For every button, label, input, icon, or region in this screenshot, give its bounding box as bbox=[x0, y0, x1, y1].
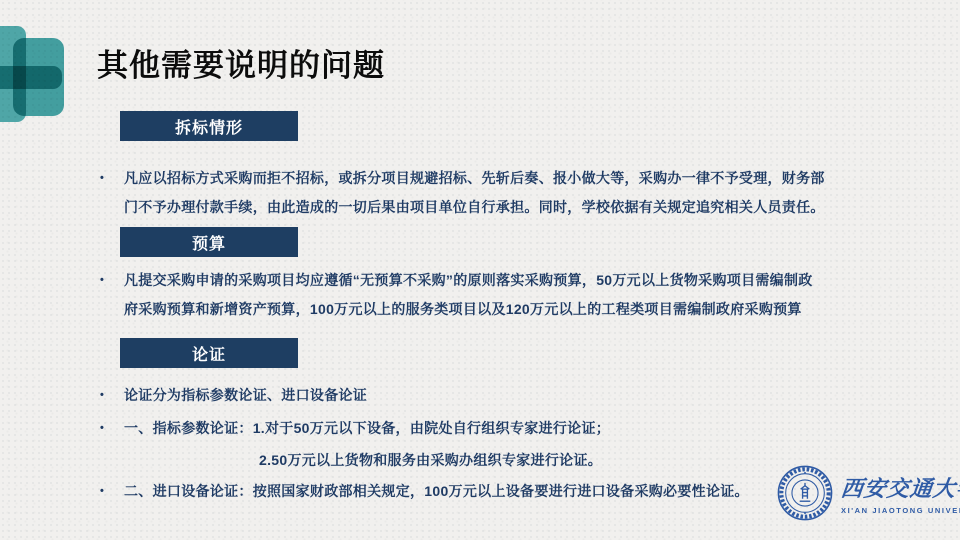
bullet-line: 府采购预算和新增资产预算，100万元以上的服务类项目以及120万元以上的工程类项… bbox=[124, 295, 813, 324]
bullet-dot-icon: • bbox=[100, 477, 104, 506]
university-logo-text: 西安交通大学 XI'AN JIAOTONG UNIVERSITY bbox=[841, 472, 960, 515]
section-header-verification: 论证 bbox=[120, 338, 298, 368]
bullet-dot-icon: • bbox=[100, 164, 104, 193]
university-seal-icon bbox=[776, 464, 834, 522]
section-header-split-bid: 拆标情形 bbox=[120, 111, 298, 141]
bullet-import-verification: • 二、进口设备论证：按照国家财政部相关规定，100万元以上设备要进行进口设备采… bbox=[124, 477, 749, 506]
university-name-cn: 西安交通大学 bbox=[839, 472, 960, 503]
bullet-dot-icon: • bbox=[100, 381, 104, 410]
section-header-label: 论证 bbox=[192, 342, 226, 365]
section-header-label: 预算 bbox=[192, 231, 226, 254]
bullet-split-bid: • 凡应以招标方式采购而拒不招标，或拆分项目规避招标、先斩后奏、报小做大等，采购… bbox=[124, 164, 825, 222]
slide-title: 其他需要说明的问题 bbox=[97, 40, 385, 85]
bullet-line: 一、指标参数论证：1.对于50万元以下设备，由院处自行组织专家进行论证； bbox=[124, 414, 610, 443]
teal-decoration bbox=[0, 0, 90, 140]
bullet-line: 凡应以招标方式采购而拒不招标，或拆分项目规避招标、先斩后奏、报小做大等，采购办一… bbox=[124, 164, 825, 193]
bullet-line: 门不予办理付款手续，由此造成的一切后果由项目单位自行承担。同时，学校依据有关规定… bbox=[124, 193, 825, 222]
bullet-line: 2.50万元以上货物和服务由采购办组织专家进行论证。 bbox=[259, 446, 602, 475]
bullet-parameter-verification: • 一、指标参数论证：1.对于50万元以下设备，由院处自行组织专家进行论证； bbox=[124, 414, 610, 443]
bullet-line: 论证分为指标参数论证、进口设备论证 bbox=[124, 381, 367, 410]
bullet-dot-icon: • bbox=[100, 414, 104, 443]
bullet-verification-types: • 论证分为指标参数论证、进口设备论证 bbox=[124, 381, 367, 410]
teal-bar-icon bbox=[0, 66, 62, 89]
university-name-en: XI'AN JIAOTONG UNIVERSITY bbox=[841, 506, 960, 515]
bullet-line: 二、进口设备论证：按照国家财政部相关规定，100万元以上设备要进行进口设备采购必… bbox=[124, 477, 749, 506]
bullet-dot-icon: • bbox=[100, 266, 104, 295]
bullet-line: 凡提交采购申请的采购项目均应遵循“无预算不采购”的原则落实采购预算，50万元以上… bbox=[124, 266, 813, 295]
section-header-budget: 预算 bbox=[120, 227, 298, 257]
bullet-parameter-verification-continued: 2.50万元以上货物和服务由采购办组织专家进行论证。 bbox=[259, 446, 602, 475]
section-header-label: 拆标情形 bbox=[175, 115, 243, 138]
bullet-budget: • 凡提交采购申请的采购项目均应遵循“无预算不采购”的原则落实采购预算，50万元… bbox=[124, 266, 813, 324]
university-logo: 西安交通大学 XI'AN JIAOTONG UNIVERSITY bbox=[776, 464, 960, 522]
presentation-slide: 其他需要说明的问题 拆标情形 • 凡应以招标方式采购而拒不招标，或拆分项目规避招… bbox=[0, 0, 960, 540]
